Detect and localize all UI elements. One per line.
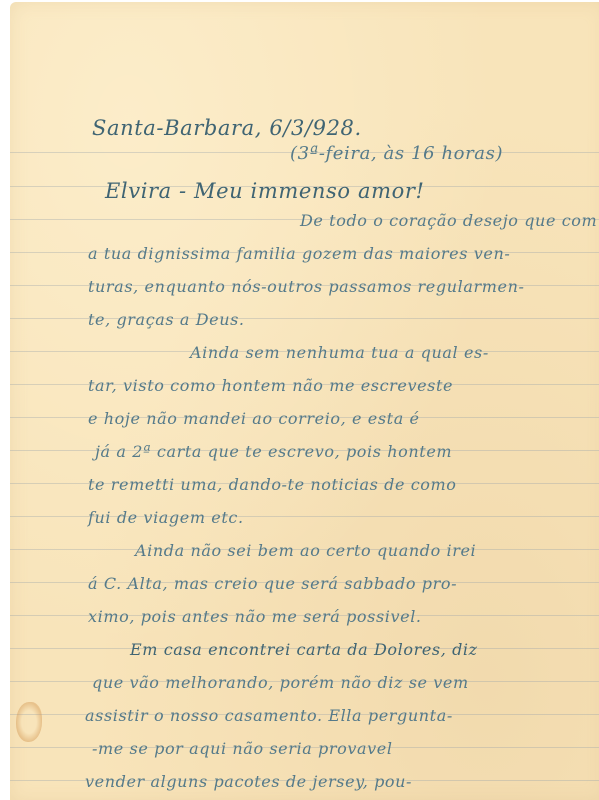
letter-line: fui de viagem etc. bbox=[88, 510, 244, 526]
place-date: Santa-Barbara, 6/3/928. bbox=[92, 118, 362, 139]
letter-line: vender alguns pacotes de jersey, pou- bbox=[85, 774, 412, 790]
letter-line: e hoje não mandei ao correio, e esta é bbox=[88, 411, 420, 427]
letter-line: te, graças a Deus. bbox=[88, 312, 245, 328]
letter-line: já a 2ª carta que te escrevo, pois honte… bbox=[95, 444, 452, 460]
letter-line: Em casa encontrei carta da Dolores, diz bbox=[130, 642, 478, 658]
letter-line: -me se por aqui não seria provavel bbox=[92, 741, 393, 757]
letter-line: a tua dignissima familia gozem das maior… bbox=[88, 246, 510, 262]
salutation-text: Elvira - Meu immenso amor! bbox=[105, 181, 425, 202]
letter-line: ximo, pois antes não me será possivel. bbox=[88, 609, 422, 625]
letter-line: De todo o coração desejo que com bbox=[300, 213, 597, 229]
day-time: (3ª-feira, às 16 horas) bbox=[290, 145, 503, 163]
letter-line: tar, visto como hontem não me escreveste bbox=[88, 378, 453, 394]
letter-line: turas, enquanto nós-outros passamos regu… bbox=[88, 279, 524, 295]
letter-line: assistir o nosso casamento. Ella pergunt… bbox=[85, 708, 453, 724]
water-stain bbox=[16, 702, 42, 742]
letter-line: te remetti uma, dando-te noticias de com… bbox=[88, 477, 457, 493]
letter-line: Ainda sem nenhuma tua a qual es- bbox=[190, 345, 489, 361]
letter-line: á C. Alta, mas creio que será sabbado pr… bbox=[88, 576, 457, 592]
letter-line: que vão melhorando, porém não diz se vem bbox=[92, 675, 469, 691]
letter-line: Ainda não sei bem ao certo quando irei bbox=[135, 543, 476, 559]
